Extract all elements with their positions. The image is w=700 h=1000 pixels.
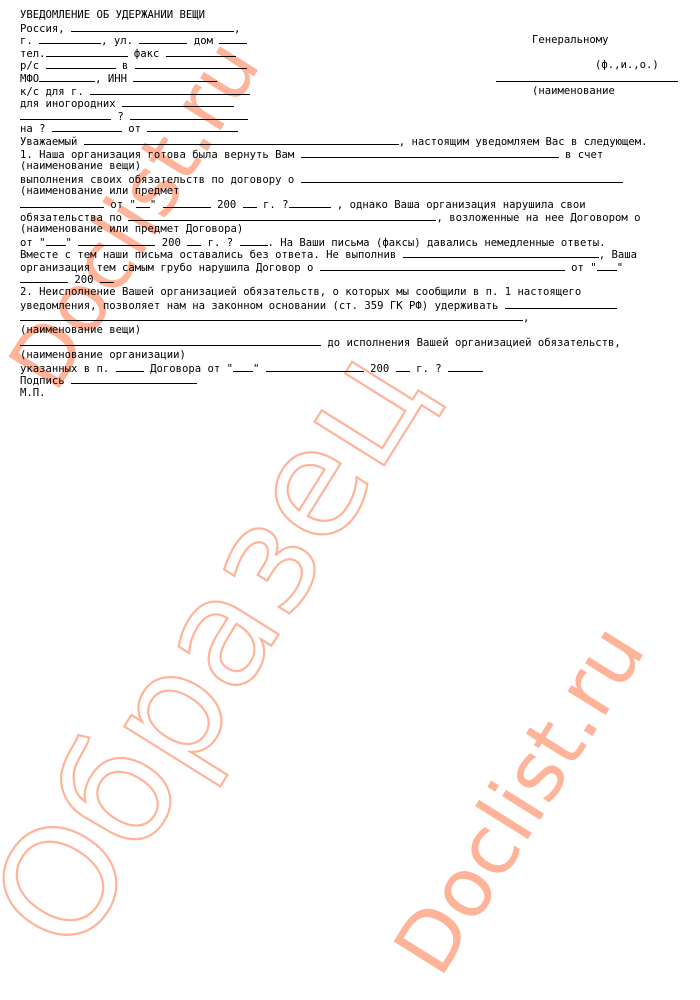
account-field[interactable] [46,59,116,69]
label: на ? [20,123,46,135]
p1-line-2: выполнения своих обязательств по договор… [20,173,690,186]
day-field[interactable] [233,362,253,372]
label: г. ? [208,237,234,249]
label: , однако Ваша организация нарушила свои [337,199,586,211]
unfulfilled-field[interactable] [403,248,599,258]
label: до исполнения Вашей организацией обязате… [327,337,620,349]
label: 200 [217,199,236,211]
label: уведомления, позволяет нам на законном о… [20,300,498,312]
p2-line-3: , [20,311,690,324]
year-field[interactable] [396,362,410,372]
p2-line-2: уведомления, позволяет нам на законном о… [20,299,690,312]
year-field[interactable] [243,198,257,208]
hint-item-2: (наименование вещи) [20,324,690,337]
month-field[interactable] [266,362,364,372]
signature-field[interactable] [71,374,197,384]
month-field[interactable] [163,198,211,208]
extra-field-2[interactable] [130,110,248,120]
fax-field[interactable] [166,47,236,57]
greeting-line: Уважаемый , настоящим уведомляем Вас в с… [20,135,690,148]
number-field[interactable] [448,362,483,372]
label: факс [134,48,160,60]
hint-contract: (наименование или предмет Договора) [20,223,690,236]
year-field[interactable] [187,236,201,246]
sender-country-line: Россия, , [20,22,690,35]
hint-org: (наименование организации) [20,349,690,362]
number-field[interactable] [240,236,268,246]
ref-number-field[interactable] [52,122,122,132]
p2-line-4: до исполнения Вашей организацией обязате… [20,336,690,349]
contract-subject-field[interactable] [301,173,623,183]
label: в [122,60,128,72]
label: 200 [74,274,93,286]
p1-line-1: 1. Наша организация готова была вернуть … [20,148,690,161]
label: , Ваша [599,249,637,261]
p2-line-1: 2. Неисполнение Вашей организацией обяза… [20,286,690,299]
label: " [253,363,259,375]
day-field[interactable] [46,236,66,246]
label: организация тем самым грубо нарушила Дог… [20,262,313,274]
recipient-fio-hint: (ф.,и.,о.) [595,59,659,72]
label: " [150,199,156,211]
recipient-name-field[interactable] [496,72,678,82]
label: , настоящим уведомляем Вас в следующем. [399,136,648,148]
p1-line-3: от "" 200 г. ? , однако Ваша организация… [20,198,690,211]
city-field[interactable] [39,34,101,44]
label: 1. Наша организация готова была вернуть … [20,149,294,161]
label: МФО [20,73,39,85]
label: г. ? [263,199,289,211]
obligations-field[interactable] [128,211,436,221]
label: к/с для г. [20,86,84,98]
hint-item: (наименование вещи) [20,160,690,173]
recipient-title: Генеральному [532,34,609,47]
p1-line-4: обязательства по , возложенные на нее До… [20,211,690,224]
extra-field-1[interactable] [20,110,111,120]
label: 200 [162,237,181,249]
label: от " [571,262,597,274]
phone-field[interactable] [46,47,128,57]
corr-account-field[interactable] [90,85,250,95]
label: Подпись [20,375,65,387]
label: , ИНН [95,73,127,85]
p2-line-5: указанных в п. Договора от "" 200 г. ? [20,362,690,375]
contract-number-field[interactable] [20,198,104,208]
recipient-name-hint: (наименование [532,85,615,98]
ref-date-field[interactable] [147,122,238,132]
addressee-field[interactable] [84,135,399,145]
nonresident-field[interactable] [122,97,234,107]
sender-address-line: г. , ул. дом Генеральному [20,34,690,47]
label: от [128,123,141,135]
label: для иногородних [20,98,116,110]
signature-line: Подпись [20,374,690,387]
stamp-label: М.П. [20,387,690,400]
label: от " [110,199,136,211]
hint-subject: (наименование или предмет [20,185,690,198]
label: тел. [20,48,46,60]
mfo-field[interactable] [39,72,95,82]
label: 200 [370,363,389,375]
house-field[interactable] [219,34,247,44]
month-field[interactable] [78,236,155,246]
watermark-text: Doclist.ru [376,609,664,991]
sender-nonresident-line: для иногородних [20,97,690,110]
label: ? [117,111,123,123]
organization-field[interactable] [20,336,321,346]
retained-item-field-cont[interactable] [20,311,523,321]
label: г. ? [416,363,442,375]
country-field[interactable] [71,22,234,32]
day-field[interactable] [136,198,150,208]
label: Уважаемый [20,136,77,148]
label: , ул. [101,35,133,47]
label: р/с [20,60,39,72]
label: выполнения своих обязательств по договор… [20,174,294,186]
sender-account-line: р/с в (ф.,и.,о.) [20,59,690,72]
p1-line-6: Вместе с тем наши письма оставались без … [20,248,690,261]
label: Договора от " [150,363,233,375]
label: указанных в п. [20,363,109,375]
label: . На Ваши письма (факсы) давались немедл… [268,237,606,249]
inn-field[interactable] [133,72,217,82]
year-field[interactable] [100,273,114,283]
contract-field[interactable] [320,261,565,271]
label: обязательства по [20,212,122,224]
reference-line: на ? от [20,122,690,135]
label: Россия, [20,23,65,35]
label: в счет [565,149,603,161]
p1-line-8: 200 [20,273,690,286]
label: " [617,262,623,274]
sender-extra-line: ? [20,110,690,123]
label: , возложенные на нее Договором о [436,212,640,224]
month-field[interactable] [20,273,68,283]
document-body: УВЕДОМЛЕНИЕ ОБ УДЕРЖАНИИ ВЕЩИ Россия, , … [20,9,690,399]
retained-item-field[interactable] [505,299,617,309]
label: г. [20,35,33,47]
label: , [234,23,240,35]
p1-line-5: от "" 200 г. ? . На Ваши письма (факсы) … [20,236,690,249]
sender-phone-line: тел. факс [20,47,690,60]
label: Вместе с тем наши письма оставались без … [20,249,396,261]
label: " [66,237,72,249]
sender-mfo-line: МФО, ИНН [20,72,690,85]
label: , [523,312,529,324]
street-field[interactable] [139,34,187,44]
label: дом [194,35,213,47]
item-field[interactable] [301,148,559,158]
document-title: УВЕДОМЛЕНИЕ ОБ УДЕРЖАНИИ ВЕЩИ [20,9,690,22]
clause-field[interactable] [116,362,144,372]
sender-corr-account-line: к/с для г. (наименование [20,85,690,98]
number-field[interactable] [289,198,331,208]
bank-field[interactable] [135,59,247,69]
watermark-text: Образец [0,317,462,979]
day-field[interactable] [597,261,617,271]
label: от " [20,237,46,249]
p1-line-7: организация тем самым грубо нарушила Дог… [20,261,690,274]
